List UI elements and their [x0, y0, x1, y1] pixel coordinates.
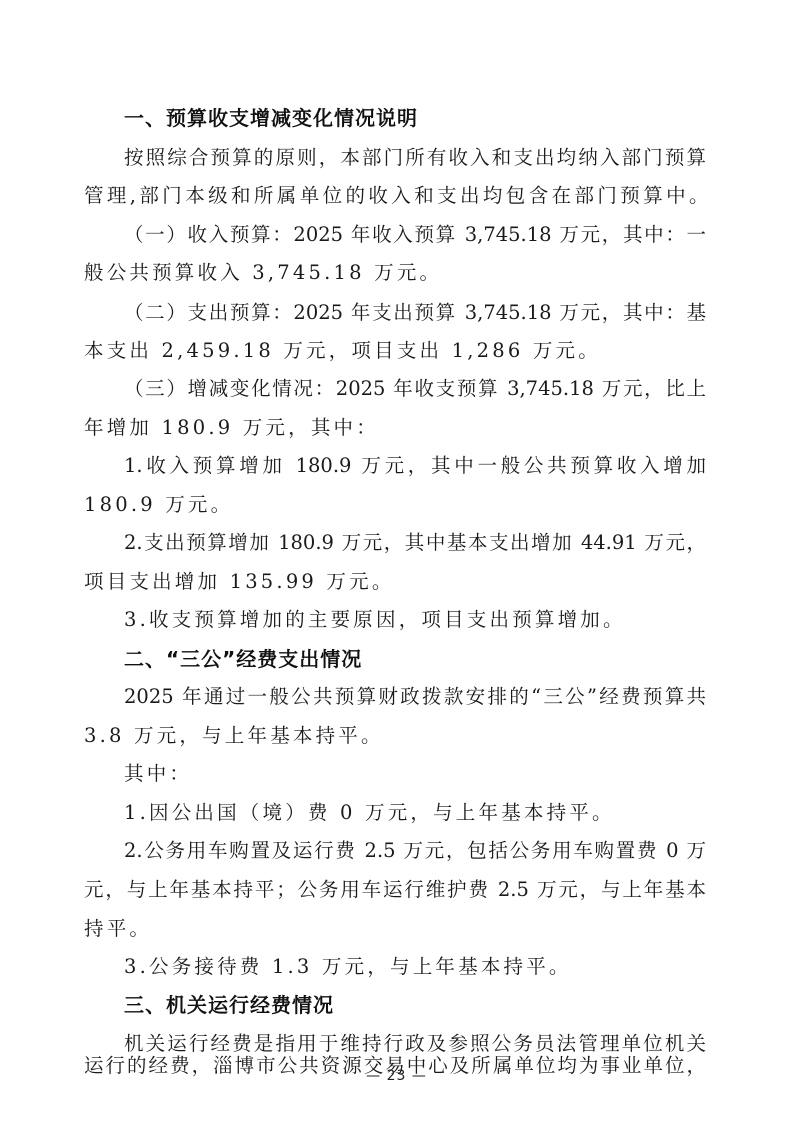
paragraph-line: 1.因公出国（境）费 0 万元，与上年基本持平。 — [124, 794, 706, 832]
paragraph-line: 2.支出预算增加 180.9 万元，其中基本支出增加 44.91 万元， — [124, 524, 706, 562]
paragraph-line: 持平。 — [84, 910, 706, 948]
paragraph-line: 3.收支预算增加的主要原因，项目支出预算增加。 — [124, 601, 706, 639]
paragraph-line: 2025 年通过一般公共预算财政拨款安排的“三公”经费预算共 — [124, 678, 706, 716]
paragraph-line: 般公共预算收入 3,745.18 万元。 — [84, 254, 706, 292]
paragraph-line: 3.公务接待费 1.3 万元，与上年基本持平。 — [124, 948, 706, 986]
paragraph-line: 按照综合预算的原则，本部门所有收入和支出均纳入部门预算 — [124, 139, 706, 177]
paragraph-line: 本支出 2,459.18 万元，项目支出 1,286 万元。 — [84, 332, 706, 370]
page-number: — 23 — — [0, 1068, 793, 1084]
section-heading-operating-expenses: 三、机关运行经费情况 — [124, 986, 706, 1024]
paragraph-line: 管理,部门本级和所属单位的收入和支出均包含在部门预算中。 — [84, 177, 706, 215]
paragraph-line: （二）支出预算：2025 年支出预算 3,745.18 万元，其中：基 — [124, 294, 706, 332]
document-page: 一、预算收支增减变化情况说明 按照综合预算的原则，本部门所有收入和支出均纳入部门… — [0, 0, 793, 1122]
paragraph-line: 2.公务用车购置及运行费 2.5 万元，包括公务用车购置费 0 万 — [124, 832, 706, 870]
paragraph-line: 1.收入预算增加 180.9 万元，其中一般公共预算收入增加 — [124, 447, 706, 485]
paragraph-line: 元，与上年基本持平；公务用车运行维护费 2.5 万元，与上年基本 — [84, 871, 706, 909]
paragraph-line: 其中： — [124, 755, 706, 793]
paragraph-line: 3.8 万元，与上年基本持平。 — [84, 717, 706, 755]
paragraph-line: （一）收入预算：2025 年收入预算 3,745.18 万元，其中：一 — [124, 216, 706, 254]
paragraph-line: 180.9 万元。 — [84, 486, 706, 524]
paragraph-line: 年增加 180.9 万元，其中： — [84, 409, 706, 447]
section-heading-three-public-expenses: 二、“三公”经费支出情况 — [124, 640, 706, 678]
paragraph-line: 项目支出增加 135.99 万元。 — [84, 563, 706, 601]
paragraph-line: （三）增减变化情况：2025 年收支预算 3,745.18 万元，比上 — [124, 370, 706, 408]
section-heading-budget-changes: 一、预算收支增减变化情况说明 — [124, 99, 706, 137]
